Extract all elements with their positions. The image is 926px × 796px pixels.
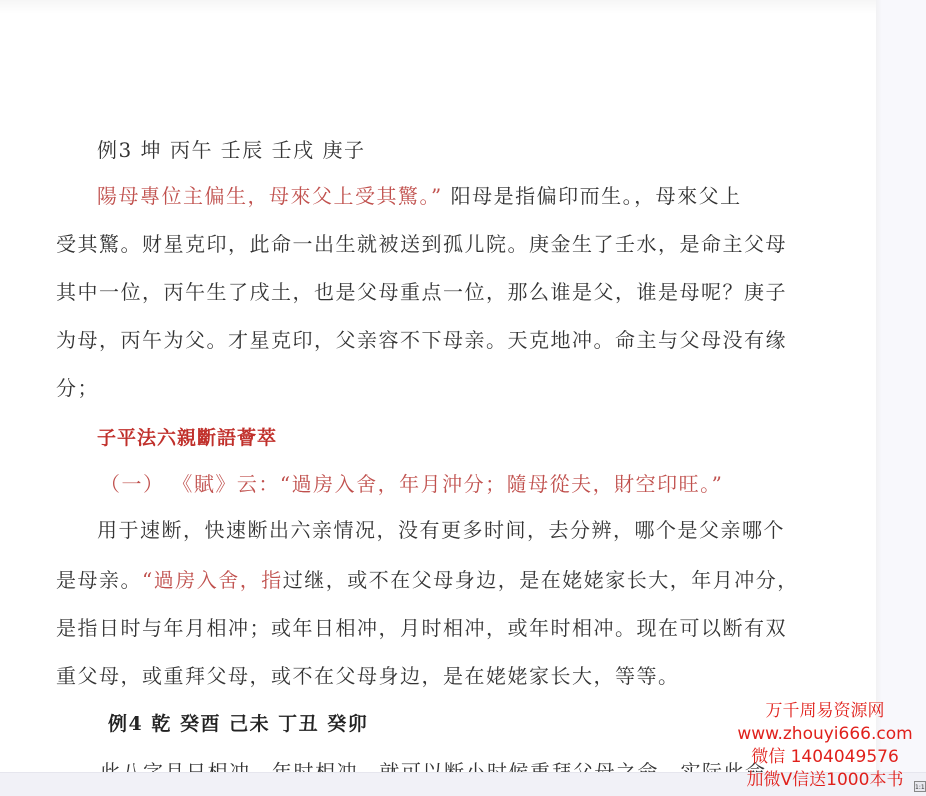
section-heading: 子平法六親斷語薈萃	[97, 423, 277, 450]
document-page: 例3 坤 丙午 壬辰 壬戌 庚子 陽母專位主偏生，母來父上受其驚。” 阳母是指偏…	[0, 0, 876, 772]
quote-red-text: （一） 《賦》云：“過房入舍，年月沖分；隨母從夫，財空印旺。”	[100, 472, 723, 496]
page-top-shadow	[0, 0, 876, 14]
line-text: 受其驚。财星克印，此命一出生就被送到孤儿院。庚金生了壬水，是命主父母	[56, 232, 787, 256]
watermark-promo: 加微V信送1000本书	[730, 769, 920, 792]
example-4-title: 例4 乾 癸酉 己未 丁丑 癸卯	[108, 709, 368, 736]
heading-text: 子平法六親斷語薈萃	[97, 427, 277, 449]
line-text: 是指日时与年月相冲；或年日相冲，月时相冲，或年时相冲。现在可以断有双	[56, 616, 787, 640]
line-text: 重父母，或重拜父母，或不在父母身边，是在姥姥家长大，等等。	[56, 664, 680, 688]
watermark-wechat: 微信 1404049576	[730, 746, 920, 769]
watermark-url: www.zhouyi666.com	[730, 723, 920, 746]
line-text: 阳母是指偏印而生。，母來父上	[443, 184, 742, 208]
quote-red-text: “過房入舍，指	[142, 568, 283, 592]
paragraph-line-cutoff: 此八字月日相冲，年时相冲，就可以断小时候重拜父母之命，实际此命	[100, 756, 767, 772]
line-text: 其中一位，丙午生了戌土，也是父母重点一位，那么谁是父，谁是母呢？庚子	[56, 280, 787, 304]
paragraph-line: 是母亲。“過房入舍，指过继，或不在父母身边，是在姥姥家长大，年月冲分，	[56, 564, 799, 593]
line-text: 此八字月日相冲，年时相冲，就可以断小时候重拜父母之命，实际此命	[100, 760, 767, 772]
fu-quote-line: （一） 《賦》云：“過房入舍，年月沖分；隨母從夫，財空印旺。”	[100, 468, 723, 497]
page-edge-shadow	[876, 0, 882, 772]
line-text: 用于速断，快速断出六亲情况，没有更多时间，去分辨，哪个是父亲哪个	[97, 518, 785, 542]
watermark: 万千周易资源网 www.zhouyi666.com 微信 1404049576 …	[730, 700, 920, 792]
watermark-site-name: 万千周易资源网	[730, 700, 920, 723]
paragraph-line: 是指日时与年月相冲；或年日相冲，月时相冲，或年时相冲。现在可以断有双	[56, 612, 787, 641]
line-text: 分；	[56, 376, 99, 400]
paragraph-line: 受其驚。财星克印，此命一出生就被送到孤儿院。庚金生了壬水，是命主父母	[56, 228, 787, 257]
line-text: 例3 坤 丙午 壬辰 壬戌 庚子	[97, 138, 366, 162]
quote-line-1: 陽母專位主偏生，母來父上受其驚。” 阳母是指偏印而生。，母來父上	[97, 180, 742, 209]
line-text: 是母亲。	[56, 568, 142, 592]
paragraph-line: 用于速断，快速断出六亲情况，没有更多时间，去分辨，哪个是父亲哪个	[97, 514, 785, 543]
line-text: 为母，丙午为父。才星克印，父亲容不下母亲。天克地冲。命主与父母没有缘	[56, 328, 787, 352]
document-viewer: 例3 坤 丙午 壬辰 壬戌 庚子 陽母專位主偏生，母來父上受其驚。” 阳母是指偏…	[0, 0, 926, 796]
quote-red-text: 陽母專位主偏生，母來父上受其驚。”	[97, 184, 443, 208]
paragraph-line: 为母，丙午为父。才星克印，父亲容不下母亲。天克地冲。命主与父母没有缘	[56, 324, 787, 353]
example-3-title: 例3 坤 丙午 壬辰 壬戌 庚子	[97, 134, 366, 163]
line-text: 例4 乾 癸酉 己未 丁丑 癸卯	[108, 713, 368, 735]
actual-size-button[interactable]: 1:1	[914, 781, 926, 792]
paragraph-line: 分；	[56, 372, 99, 401]
line-text: 过继，或不在父母身边，是在姥姥家长大，年月冲分，	[283, 568, 799, 592]
paragraph-line: 重父母，或重拜父母，或不在父母身边，是在姥姥家长大，等等。	[56, 660, 680, 689]
paragraph-line: 其中一位，丙午生了戌土，也是父母重点一位，那么谁是父，谁是母呢？庚子	[56, 276, 787, 305]
